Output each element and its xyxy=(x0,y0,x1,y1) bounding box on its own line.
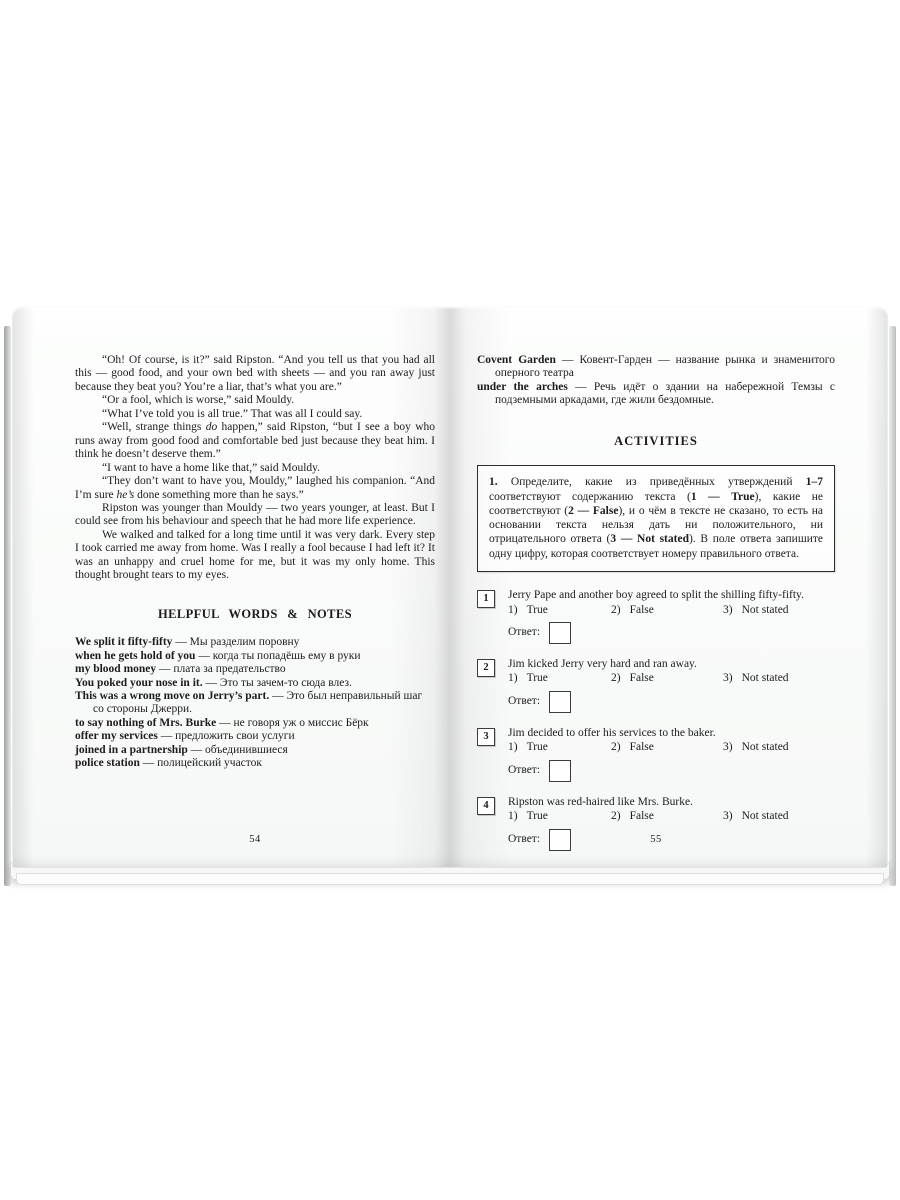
option-number: 1) xyxy=(508,810,518,823)
helpful-words-list: We split it fifty-fifty — Мы разделим по… xyxy=(75,636,435,771)
option-true: 1)True xyxy=(508,604,611,617)
book-cover-edge-left xyxy=(4,326,11,886)
answer-row: Ответ: xyxy=(508,690,835,714)
option-not-stated: 3)Not stated xyxy=(723,672,835,685)
option-number: 3) xyxy=(723,672,733,685)
right-page: Covent Garden — Ковент-Гарден — название… xyxy=(477,354,835,872)
option-number: 2) xyxy=(611,741,621,754)
helpful-words-title: HELPFUL WORDS & NOTES xyxy=(75,608,435,621)
page-number-right: 55 xyxy=(477,833,835,846)
option-number: 3) xyxy=(723,604,733,617)
vocab-term: We split it fifty-fifty xyxy=(75,636,172,648)
answer-row: Ответ: xyxy=(508,621,835,645)
question-number: 3 xyxy=(477,728,495,746)
story-paragraph: “They don’t want to have you, Mouldy,” l… xyxy=(75,475,435,502)
vocab-term: offer my services xyxy=(75,730,158,742)
answer-label: Ответ: xyxy=(508,695,540,708)
options-row: 1)True2)False3)Not stated xyxy=(508,810,835,823)
vocab-note: joined in a partnership — объединившиеся xyxy=(75,744,435,757)
answer-row: Ответ: xyxy=(508,759,835,783)
questions-list: 1Jerry Pape and another boy agreed to sp… xyxy=(477,589,835,852)
story-paragraph: We walked and talked for a long time unt… xyxy=(75,529,435,583)
instruction-box: 1. Определите, какие из приведённых утве… xyxy=(477,465,835,572)
question-block: 1Jerry Pape and another boy agreed to sp… xyxy=(477,589,835,645)
question-statement: Ripston was red-haired like Mrs. Burke. xyxy=(508,796,835,809)
activities-title: ACTIVITIES xyxy=(477,435,835,448)
story-paragraph: “I want to have a home like that,” said … xyxy=(75,462,435,475)
option-number: 2) xyxy=(611,672,621,685)
answer-box xyxy=(549,691,571,713)
question-block: 2Jim kicked Jerry very hard and ran away… xyxy=(477,658,835,714)
option-text: Not stated xyxy=(742,672,789,685)
option-text: True xyxy=(527,672,548,685)
option-true: 1)True xyxy=(508,672,611,685)
vocab-translation: Это ты зачем-то сюда влез. xyxy=(220,677,352,689)
vocab-note: Covent Garden — Ковент-Гарден — название… xyxy=(477,354,835,381)
option-not-stated: 3)Not stated xyxy=(723,741,835,754)
option-number: 2) xyxy=(611,810,621,823)
answer-label: Ответ: xyxy=(508,764,540,777)
option-false: 2)False xyxy=(611,604,723,617)
vocab-term: You poked your nose in it. xyxy=(75,677,203,689)
option-false: 2)False xyxy=(611,810,723,823)
right-notes-list: Covent Garden — Ковент-Гарден — название… xyxy=(477,354,835,408)
vocab-translation: не говоря уж о миссис Бёрк xyxy=(233,717,368,729)
option-number: 1) xyxy=(508,741,518,754)
vocab-term: my blood money xyxy=(75,663,156,675)
story-paragraph: “Oh! Of course, is it?” said Ripston. “A… xyxy=(75,354,435,394)
option-text: False xyxy=(630,741,654,754)
vocab-term: to say nothing of Mrs. Burke xyxy=(75,717,216,729)
option-text: Not stated xyxy=(742,810,789,823)
option-number: 2) xyxy=(611,604,621,617)
page-stack-edge-inner xyxy=(16,873,884,885)
options-row: 1)True2)False3)Not stated xyxy=(508,741,835,754)
option-text: Not stated xyxy=(742,741,789,754)
vocab-note: You poked your nose in it. — Это ты заче… xyxy=(75,677,435,690)
story-paragraph: “What I’ve told you is all true.” That w… xyxy=(75,408,435,421)
option-text: True xyxy=(527,741,548,754)
question-number: 2 xyxy=(477,659,495,677)
story-text: “Oh! Of course, is it?” said Ripston. “A… xyxy=(75,354,435,583)
page-number-left: 54 xyxy=(75,833,435,846)
option-text: Not stated xyxy=(742,604,789,617)
vocab-term: police station xyxy=(75,757,140,769)
option-true: 1)True xyxy=(508,810,611,823)
options-row: 1)True2)False3)Not stated xyxy=(508,672,835,685)
vocab-translation: объединившиеся xyxy=(205,744,288,756)
vocab-note: This was a wrong move on Jerry’s part. —… xyxy=(75,690,435,717)
option-false: 2)False xyxy=(611,741,723,754)
option-number: 3) xyxy=(723,741,733,754)
option-not-stated: 3)Not stated xyxy=(723,810,835,823)
option-number: 3) xyxy=(723,810,733,823)
question-statement: Jim kicked Jerry very hard and ran away. xyxy=(508,658,835,671)
option-not-stated: 3)Not stated xyxy=(723,604,835,617)
vocab-note: under the arches — Речь идёт о здании на… xyxy=(477,381,835,408)
option-text: True xyxy=(527,810,548,823)
vocab-term: joined in a partnership xyxy=(75,744,188,756)
story-paragraph: Ripston was younger than Mouldy — two ye… xyxy=(75,502,435,529)
question-number: 1 xyxy=(477,590,495,608)
story-paragraph: “Or a fool, which is worse,” said Mouldy… xyxy=(75,394,435,407)
left-page: “Oh! Of course, is it?” said Ripston. “A… xyxy=(75,354,435,872)
vocab-note: to say nothing of Mrs. Burke — не говоря… xyxy=(75,717,435,730)
option-number: 1) xyxy=(508,604,518,617)
option-text: False xyxy=(630,810,654,823)
book-cover-edge-right xyxy=(889,326,896,886)
vocab-translation: Мы разделим поровну xyxy=(190,636,300,648)
question-number: 4 xyxy=(477,797,495,815)
question-statement: Jim decided to offer his services to the… xyxy=(508,727,835,740)
option-text: True xyxy=(527,604,548,617)
answer-box xyxy=(549,760,571,782)
vocab-term: Covent Garden xyxy=(477,354,556,366)
vocab-translation: полицейский участок xyxy=(157,757,262,769)
book-photo: “Oh! Of course, is it?” said Ripston. “A… xyxy=(0,0,900,1200)
vocab-note: when he gets hold of you — когда ты попа… xyxy=(75,650,435,663)
question-block: 3Jim decided to offer his services to th… xyxy=(477,727,835,783)
vocab-term: when he gets hold of you xyxy=(75,650,195,662)
question-statement: Jerry Pape and another boy agreed to spl… xyxy=(508,589,835,602)
vocab-note: offer my services — предложить свои услу… xyxy=(75,730,435,743)
option-number: 1) xyxy=(508,672,518,685)
vocab-translation: плата за предательство xyxy=(173,663,285,675)
options-row: 1)True2)False3)Not stated xyxy=(508,604,835,617)
vocab-note: We split it fifty-fifty — Мы разделим по… xyxy=(75,636,435,649)
answer-box xyxy=(549,622,571,644)
book-spread: “Oh! Of course, is it?” said Ripston. “A… xyxy=(12,306,888,868)
option-text: False xyxy=(630,604,654,617)
vocab-term: under the arches xyxy=(477,381,568,393)
story-paragraph: “Well, strange things do happen,” said R… xyxy=(75,421,435,461)
vocab-note: my blood money — плата за предательство xyxy=(75,663,435,676)
option-false: 2)False xyxy=(611,672,723,685)
open-book: “Oh! Of course, is it?” said Ripston. “A… xyxy=(4,300,896,888)
answer-label: Ответ: xyxy=(508,626,540,639)
option-true: 1)True xyxy=(508,741,611,754)
option-text: False xyxy=(630,672,654,685)
vocab-term: This was a wrong move on Jerry’s part. xyxy=(75,690,269,702)
vocab-translation: предложить свои услуги xyxy=(175,730,295,742)
vocab-translation: когда ты попадёшь ему в руки xyxy=(213,650,361,662)
vocab-note: police station — полицейский участок xyxy=(75,757,435,770)
